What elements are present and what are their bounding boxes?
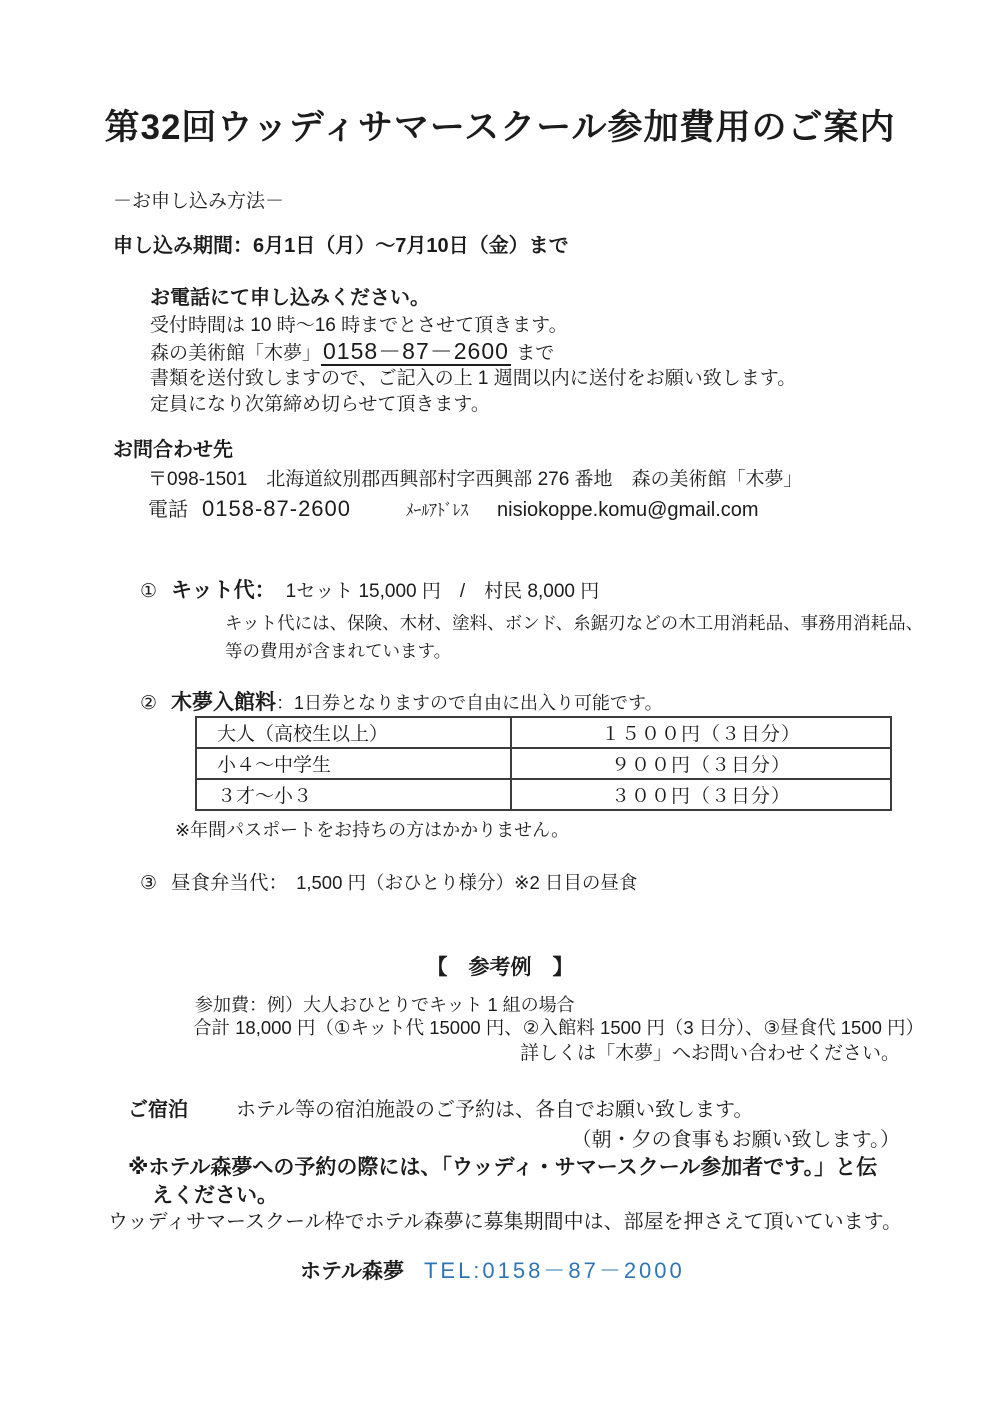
lodging-instruction: ホテル等の宿泊施設のご予約は、各自でお願い致します。 (236, 1099, 753, 1121)
deadline-note: 定員になり次第締め切らせて頂きます。 (150, 393, 490, 417)
contact-phone-line: 電話0158-87-2600ﾒｰﾙｱﾄﾞﾚｽnisiokoppe.komu@gm… (148, 495, 759, 523)
kit-fee-value: 1セット 15,000 円 / 村民 8,000 円 (286, 581, 600, 602)
room-hold-note: ウッディサマースクール枠でホテル森夢に募集期間中は、部屋を押さえて頂いています。 (108, 1210, 902, 1235)
fee-item-admission: ②木夢入館料：1日券となりますので自由に出入り可能です。 (140, 690, 663, 716)
phone-apply-instruction: お電話にて申し込みください。 (150, 286, 430, 311)
lodging-heading: ご宿泊 (128, 1099, 188, 1121)
museum-name: 森の美術館「木夢」 (150, 343, 321, 364)
admission-price: ３００円（３日分） (511, 779, 891, 810)
fee-number-2: ② (140, 693, 157, 714)
page-title: 第32回ウッディサマースクール参加費用のご案内 (0, 106, 1000, 150)
hotel-name: ホテル森夢 (300, 1260, 404, 1283)
hotel-phone-number: TEL:0158－87－2000 (424, 1258, 685, 1283)
museum-phone-suffix: まで (511, 343, 554, 364)
table-row: 小４～中学生 ９００円（３日分） (196, 748, 891, 779)
lodging-section: ご宿泊ホテル等の宿泊施設のご予約は、各自でお願い致します。 (128, 1098, 753, 1123)
contact-phone-number: 0158-87-2600 (202, 496, 351, 521)
fee-number-1: ① (140, 581, 157, 602)
application-method-heading: －お申し込み方法－ (113, 190, 284, 214)
fee-item-kit: ①キット代：1セット 15,000 円 / 村民 8,000 円 (140, 578, 599, 604)
admission-fee-label: 木夢入館料 (171, 691, 276, 714)
kit-fee-note-1: キット代には、保険、木材、塗料、ボンド、糸鋸刃などの木工用消耗品、事務用消耗品、 (225, 613, 923, 635)
admission-fee-description: ：1日券となりますので自由に出入り可能です。 (276, 693, 663, 713)
example-case: 参加費：例）大人おひとりでキット 1 組の場合 (195, 994, 575, 1017)
hotel-reservation-note-2: えください。 (152, 1183, 278, 1209)
contact-email-label: ﾒｰﾙｱﾄﾞﾚｽ (406, 500, 469, 521)
table-row: 大人（高校生以上） １５００円（３日分） (196, 717, 891, 748)
admission-price: １５００円（３日分） (511, 717, 891, 748)
table-row: ３才～小３ ３００円（３日分） (196, 779, 891, 810)
application-period: 申し込み期間：6月1日（月）～7月10日（金）まで (113, 234, 569, 259)
kit-fee-label: キット代： (171, 579, 276, 602)
museum-phone-line: 森の美術館「木夢」0158－87－2600 まで (150, 337, 554, 366)
passport-note: ※年間パスポートをお持ちの方はかかりません。 (175, 819, 569, 842)
lodging-meals-note: （朝・夕の食事もお願い致します。） (572, 1128, 900, 1153)
hotel-contact-line: ホテル森夢TEL:0158－87－2000 (300, 1257, 685, 1285)
contact-phone-label: 電話 (148, 499, 188, 521)
contact-email: nisiokoppe.komu@gmail.com (497, 499, 759, 521)
fee-item-lunch: ③昼食弁当代：1,500 円（おひとり様分）※2 日目の昼食 (140, 871, 637, 896)
kit-fee-note-2: 等の費用が含まれています。 (225, 641, 451, 663)
example-heading: 【 参考例 】 (0, 955, 1000, 981)
contact-address: 〒098-1501 北海道紋別郡西興部村字西興部 276 番地 森の美術館「木夢… (148, 468, 803, 492)
document-page: 第32回ウッディサマースクール参加費用のご案内 －お申し込み方法－ 申し込み期間… (0, 0, 1000, 1414)
hotel-reservation-note-1: ※ホテル森夢への予約の際には、「ウッディ・サマースクール参加者です。」と伝 (128, 1155, 877, 1181)
admission-category: ３才～小３ (196, 779, 511, 810)
admission-fee-table: 大人（高校生以上） １５００円（３日分） 小４～中学生 ９００円（３日分） ３才… (195, 716, 892, 811)
reception-hours: 受付時間は 10 時～16 時までとさせて頂きます。 (150, 314, 568, 338)
example-total: 合計 18,000 円（①キット代 15000 円、②入館料 1500 円（3 … (193, 1016, 924, 1039)
admission-category: 大人（高校生以上） (196, 717, 511, 748)
lunch-fee-label: 昼食弁当代： (171, 872, 288, 894)
admission-category: 小４～中学生 (196, 748, 511, 779)
documents-note: 書類を送付致しますので、ご記入の上 1 週間以内に送付をお願い致します。 (150, 367, 796, 391)
fee-number-3: ③ (140, 873, 157, 894)
lunch-fee-value: 1,500 円（おひとり様分）※2 日目の昼食 (296, 872, 637, 893)
admission-price: ９００円（３日分） (511, 748, 891, 779)
example-contact-note: 詳しくは「木夢」へお問い合わせください。 (520, 1042, 900, 1066)
contact-heading: お問合わせ先 (113, 438, 233, 463)
museum-phone-number: 0158－87－2600 (321, 338, 511, 366)
